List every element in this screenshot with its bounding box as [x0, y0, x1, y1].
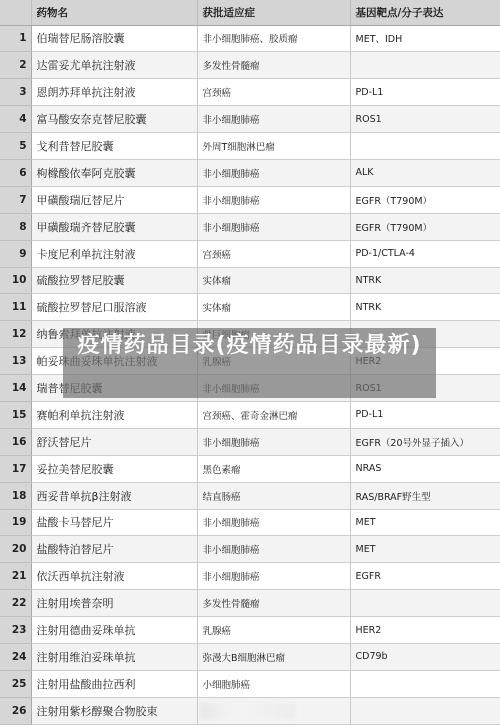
row-index-cell[interactable]: 6: [0, 159, 31, 186]
row-index-cell[interactable]: 1: [0, 25, 31, 52]
gene-target-cell[interactable]: [350, 670, 500, 697]
indication-cell[interactable]: [197, 697, 350, 724]
row-index-cell[interactable]: 4: [0, 106, 31, 133]
gene-target-cell[interactable]: PD-1/CTLA-4: [350, 240, 500, 267]
table-row[interactable]: 11硫酸拉罗替尼口服溶液实体瘤NTRK: [0, 294, 500, 321]
indication-cell[interactable]: 非小细胞肺癌: [197, 186, 350, 213]
drug-name-cell[interactable]: 恩朗苏拜单抗注射液: [31, 79, 197, 106]
table-row[interactable]: 5戈利昔替尼胶囊外周T细胞淋巴瘤: [0, 133, 500, 160]
drug-name-cell[interactable]: 注射用维泊妥珠单抗: [31, 643, 197, 670]
table-row[interactable]: 21依沃西单抗注射液非小细胞肺癌EGFR: [0, 563, 500, 590]
table-row[interactable]: 22注射用埃普奈明多发性骨髓瘤: [0, 590, 500, 617]
table-row[interactable]: 26注射用紫杉醇聚合物胶束: [0, 697, 500, 724]
row-index-cell[interactable]: 5: [0, 133, 31, 160]
table-row[interactable]: 20盐酸特泊替尼片非小细胞肺癌MET: [0, 536, 500, 563]
row-index-cell[interactable]: 26: [0, 697, 31, 724]
drug-name-cell[interactable]: 盐酸特泊替尼片: [31, 536, 197, 563]
gene-target-cell[interactable]: NTRK: [350, 267, 500, 294]
row-index-cell[interactable]: 16: [0, 428, 31, 455]
table-row[interactable]: 10硫酸拉罗替尼胶囊实体瘤NTRK: [0, 267, 500, 294]
gene-target-cell[interactable]: [350, 697, 500, 724]
gene-target-cell[interactable]: NRAS: [350, 455, 500, 482]
indication-cell[interactable]: 实体瘤: [197, 294, 350, 321]
indication-cell[interactable]: 非小细胞肺癌、胶质瘤: [197, 25, 350, 52]
row-index-cell[interactable]: 21: [0, 563, 31, 590]
drug-name-cell[interactable]: 注射用紫杉醇聚合物胶束: [31, 697, 197, 724]
indication-cell[interactable]: 多发性骨髓瘤: [197, 52, 350, 79]
gene-target-cell[interactable]: MET: [350, 536, 500, 563]
indication-cell[interactable]: 非小细胞肺癌: [197, 563, 350, 590]
drug-name-cell[interactable]: 甲磺酸瑞齐替尼胶囊: [31, 213, 197, 240]
gene-target-cell[interactable]: HER2: [350, 617, 500, 644]
header-drug-name[interactable]: 药物名: [31, 0, 197, 25]
gene-target-cell[interactable]: CD79b: [350, 643, 500, 670]
drug-name-cell[interactable]: 伯瑞替尼肠溶胶囊: [31, 25, 197, 52]
header-row: 药物名 获批适应症 基因靶点/分子表达: [0, 0, 500, 25]
table-row[interactable]: 1伯瑞替尼肠溶胶囊非小细胞肺癌、胶质瘤MET、IDH: [0, 25, 500, 52]
table-row[interactable]: 2达雷妥尤单抗注射液多发性骨髓瘤: [0, 52, 500, 79]
table-row[interactable]: 9卡度尼利单抗注射液宫颈癌PD-1/CTLA-4: [0, 240, 500, 267]
gene-target-cell[interactable]: RAS/BRAF野生型: [350, 482, 500, 509]
indication-cell[interactable]: 黑色素瘤: [197, 455, 350, 482]
gene-target-cell[interactable]: NTRK: [350, 294, 500, 321]
row-index-cell[interactable]: 8: [0, 213, 31, 240]
indication-cell[interactable]: 乳腺癌: [197, 617, 350, 644]
drug-name-cell[interactable]: 达雷妥尤单抗注射液: [31, 52, 197, 79]
indication-cell[interactable]: 宫颈癌、霍奇金淋巴瘤: [197, 401, 350, 428]
row-index-cell[interactable]: 13: [0, 348, 31, 375]
drug-name-cell[interactable]: 注射用盐酸曲拉西利: [31, 670, 197, 697]
gene-target-cell[interactable]: [350, 52, 500, 79]
table-row[interactable]: 4富马酸安奈克替尼胶囊非小细胞肺癌ROS1: [0, 106, 500, 133]
header-index: [0, 0, 31, 25]
gene-target-cell[interactable]: EGFR（T790M）: [350, 213, 500, 240]
row-index-cell[interactable]: 14: [0, 375, 31, 402]
row-index-cell[interactable]: 23: [0, 617, 31, 644]
table-row[interactable]: 24注射用维泊妥珠单抗弥漫大B细胞淋巴瘤CD79b: [0, 643, 500, 670]
gene-target-cell[interactable]: MET: [350, 509, 500, 536]
indication-cell[interactable]: 非小细胞肺癌: [197, 213, 350, 240]
gene-target-cell[interactable]: [350, 590, 500, 617]
gene-target-cell[interactable]: [350, 133, 500, 160]
row-index-cell[interactable]: 7: [0, 186, 31, 213]
row-index-cell[interactable]: 25: [0, 670, 31, 697]
drug-name-cell[interactable]: 依沃西单抗注射液: [31, 563, 197, 590]
drug-name-cell[interactable]: 硫酸拉罗替尼口服溶液: [31, 294, 197, 321]
row-index-cell[interactable]: 10: [0, 267, 31, 294]
gene-target-cell[interactable]: EGFR（T790M）: [350, 186, 500, 213]
blurred-region: [200, 703, 295, 719]
row-index-cell[interactable]: 11: [0, 294, 31, 321]
row-index-cell[interactable]: 17: [0, 455, 31, 482]
drug-name-cell[interactable]: 西妥昔单抗β注射液: [31, 482, 197, 509]
table-row[interactable]: 18西妥昔单抗β注射液结直肠癌RAS/BRAF野生型: [0, 482, 500, 509]
indication-cell[interactable]: 外周T细胞淋巴瘤: [197, 133, 350, 160]
row-index-cell[interactable]: 15: [0, 401, 31, 428]
drug-name-cell[interactable]: 舒沃替尼片: [31, 428, 197, 455]
row-index-cell[interactable]: 20: [0, 536, 31, 563]
table-row[interactable]: 6枸橼酸依奉阿克胶囊非小细胞肺癌ALK: [0, 159, 500, 186]
table-row[interactable]: 23注射用德曲妥珠单抗乳腺癌HER2: [0, 617, 500, 644]
row-index-cell[interactable]: 12: [0, 321, 31, 348]
drug-name-cell[interactable]: 赛帕利单抗注射液: [31, 401, 197, 428]
indication-cell[interactable]: 实体瘤: [197, 267, 350, 294]
row-index-cell[interactable]: 24: [0, 643, 31, 670]
row-index-cell[interactable]: 3: [0, 79, 31, 106]
table-row[interactable]: 19盐酸卡马替尼片非小细胞肺癌MET: [0, 509, 500, 536]
indication-cell[interactable]: 非小细胞肺癌: [197, 509, 350, 536]
row-index-cell[interactable]: 22: [0, 590, 31, 617]
gene-target-cell[interactable]: PD-L1: [350, 401, 500, 428]
row-index-cell[interactable]: 19: [0, 509, 31, 536]
indication-cell[interactable]: 结直肠癌: [197, 482, 350, 509]
gene-target-cell[interactable]: EGFR（20号外显子插入）: [350, 428, 500, 455]
table-row[interactable]: 3恩朗苏拜单抗注射液宫颈癌PD-L1: [0, 79, 500, 106]
gene-target-cell[interactable]: ALK: [350, 159, 500, 186]
watermark-title-overlay: 疫情药品目录(疫情药品目录最新): [63, 328, 436, 398]
indication-cell[interactable]: 宫颈癌: [197, 79, 350, 106]
table-row[interactable]: 7甲磺酸瑞厄替尼片非小细胞肺癌EGFR（T790M）: [0, 186, 500, 213]
gene-target-cell[interactable]: ROS1: [350, 106, 500, 133]
header-indication[interactable]: 获批适应症: [197, 0, 350, 25]
indication-cell[interactable]: 弥漫大B细胞淋巴瘤: [197, 643, 350, 670]
indication-cell[interactable]: 宫颈癌: [197, 240, 350, 267]
drug-name-cell[interactable]: 甲磺酸瑞厄替尼片: [31, 186, 197, 213]
table-row[interactable]: 17妥拉美替尼胶囊黑色素瘤NRAS: [0, 455, 500, 482]
gene-target-cell[interactable]: PD-L1: [350, 79, 500, 106]
row-index-cell[interactable]: 18: [0, 482, 31, 509]
table-row[interactable]: 15赛帕利单抗注射液宫颈癌、霍奇金淋巴瘤PD-L1: [0, 401, 500, 428]
drug-name-cell[interactable]: 卡度尼利单抗注射液: [31, 240, 197, 267]
table-row[interactable]: 8甲磺酸瑞齐替尼胶囊非小细胞肺癌EGFR（T790M）: [0, 213, 500, 240]
header-gene-target[interactable]: 基因靶点/分子表达: [350, 0, 500, 25]
drug-name-cell[interactable]: 富马酸安奈克替尼胶囊: [31, 106, 197, 133]
row-index-cell[interactable]: 2: [0, 52, 31, 79]
indication-cell[interactable]: 非小细胞肺癌: [197, 536, 350, 563]
drug-name-cell[interactable]: 注射用埃普奈明: [31, 590, 197, 617]
row-index-cell[interactable]: 9: [0, 240, 31, 267]
drug-name-cell[interactable]: 注射用德曲妥珠单抗: [31, 617, 197, 644]
drug-name-cell[interactable]: 盐酸卡马替尼片: [31, 509, 197, 536]
table-row[interactable]: 16舒沃替尼片非小细胞肺癌EGFR（20号外显子插入）: [0, 428, 500, 455]
table-row[interactable]: 25注射用盐酸曲拉西利小细胞肺癌: [0, 670, 500, 697]
drug-name-cell[interactable]: 妥拉美替尼胶囊: [31, 455, 197, 482]
indication-cell[interactable]: 非小细胞肺癌: [197, 106, 350, 133]
indication-cell[interactable]: 非小细胞肺癌: [197, 159, 350, 186]
indication-cell[interactable]: 小细胞肺癌: [197, 670, 350, 697]
gene-target-cell[interactable]: EGFR: [350, 563, 500, 590]
drug-name-cell[interactable]: 枸橼酸依奉阿克胶囊: [31, 159, 197, 186]
indication-cell[interactable]: 非小细胞肺癌: [197, 428, 350, 455]
drug-name-cell[interactable]: 戈利昔替尼胶囊: [31, 133, 197, 160]
indication-cell[interactable]: 多发性骨髓瘤: [197, 590, 350, 617]
gene-target-cell[interactable]: MET、IDH: [350, 25, 500, 52]
drug-name-cell[interactable]: 硫酸拉罗替尼胶囊: [31, 267, 197, 294]
